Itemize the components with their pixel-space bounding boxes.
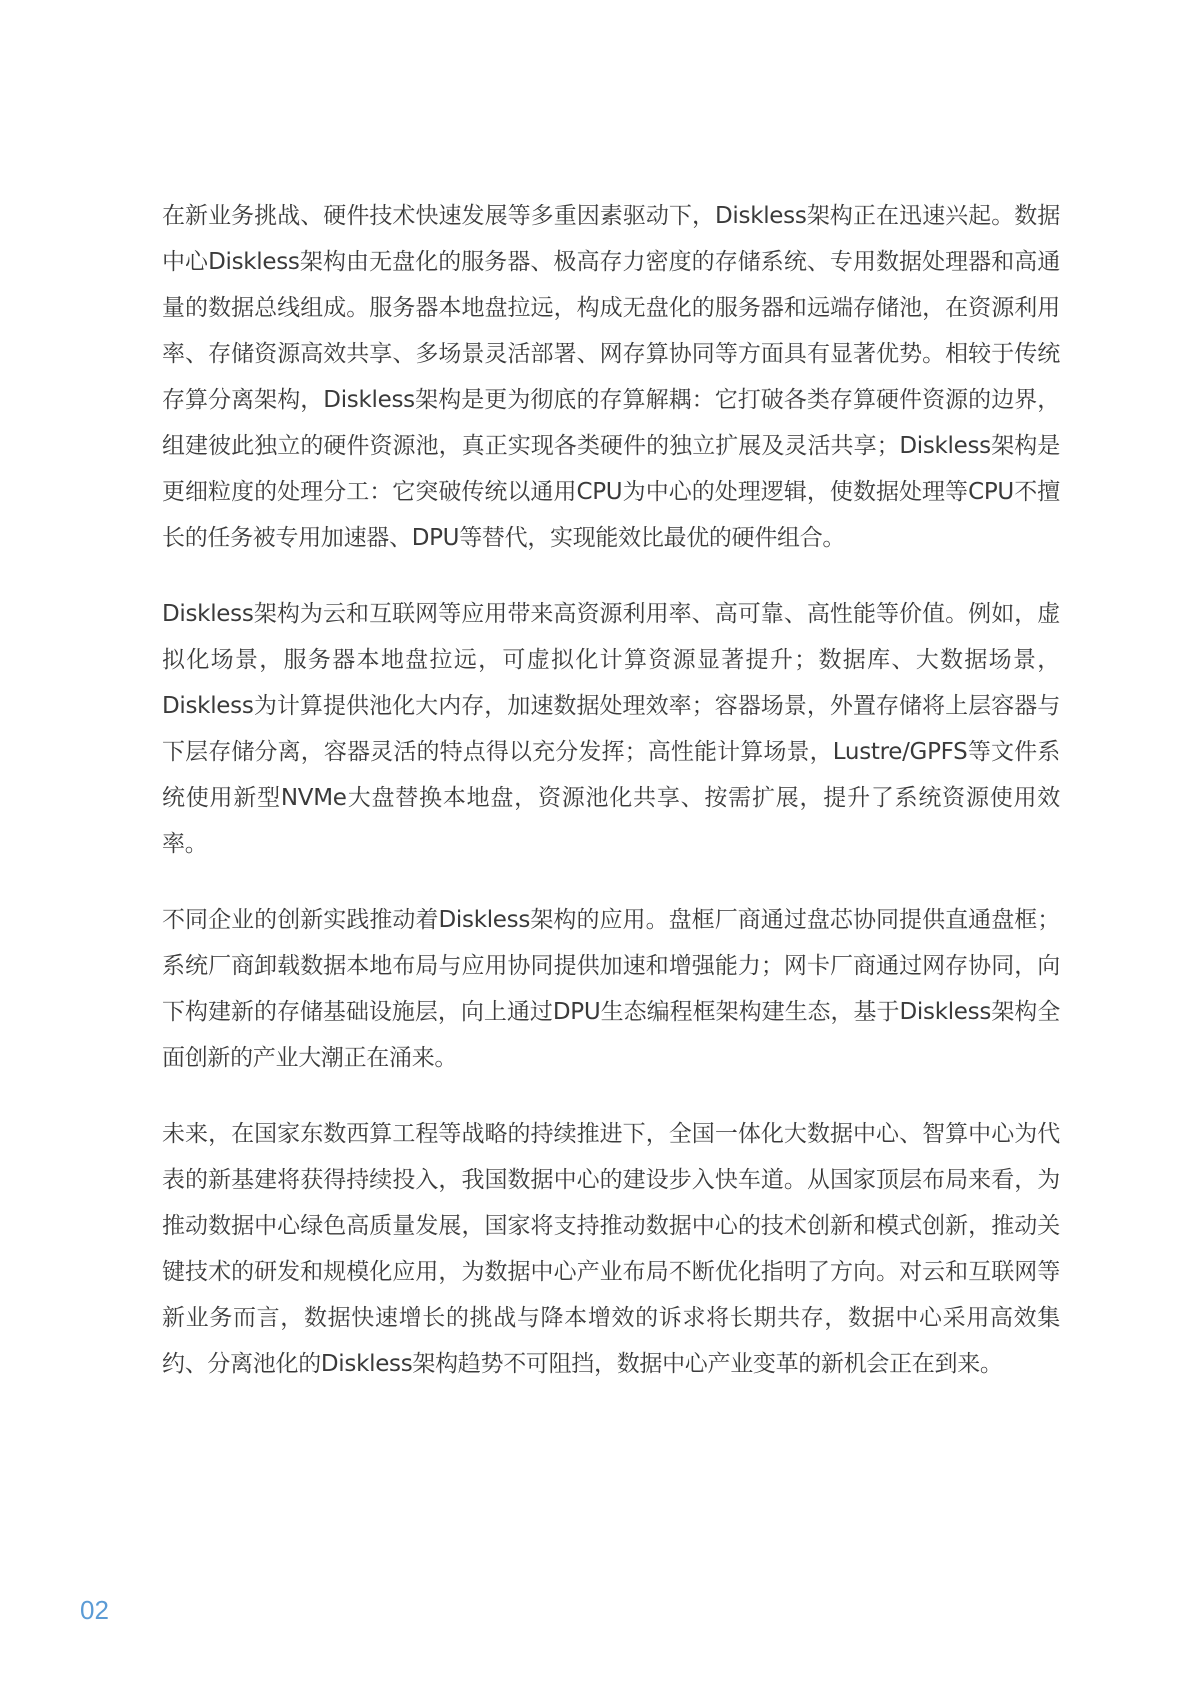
paragraph-1: 在新业务挑战、硬件技术快速发展等多重因素驱动下，Diskless架构正在迅速兴起… xyxy=(162,193,1060,561)
paragraph-3: 不同企业的创新实践推动着Diskless架构的应用。盘框厂商通过盘芯协同提供直通… xyxy=(162,897,1060,1081)
paragraph-2: Diskless架构为云和互联网等应用带来高资源利用率、高可靠、高性能等价值。例… xyxy=(162,591,1060,867)
document-body: 在新业务挑战、硬件技术快速发展等多重因素驱动下，Diskless架构正在迅速兴起… xyxy=(162,193,1060,1417)
paragraph-4: 未来，在国家东数西算工程等战略的持续推进下，全国一体化大数据中心、智算中心为代表… xyxy=(162,1111,1060,1387)
page-number: 02 xyxy=(80,1595,109,1626)
